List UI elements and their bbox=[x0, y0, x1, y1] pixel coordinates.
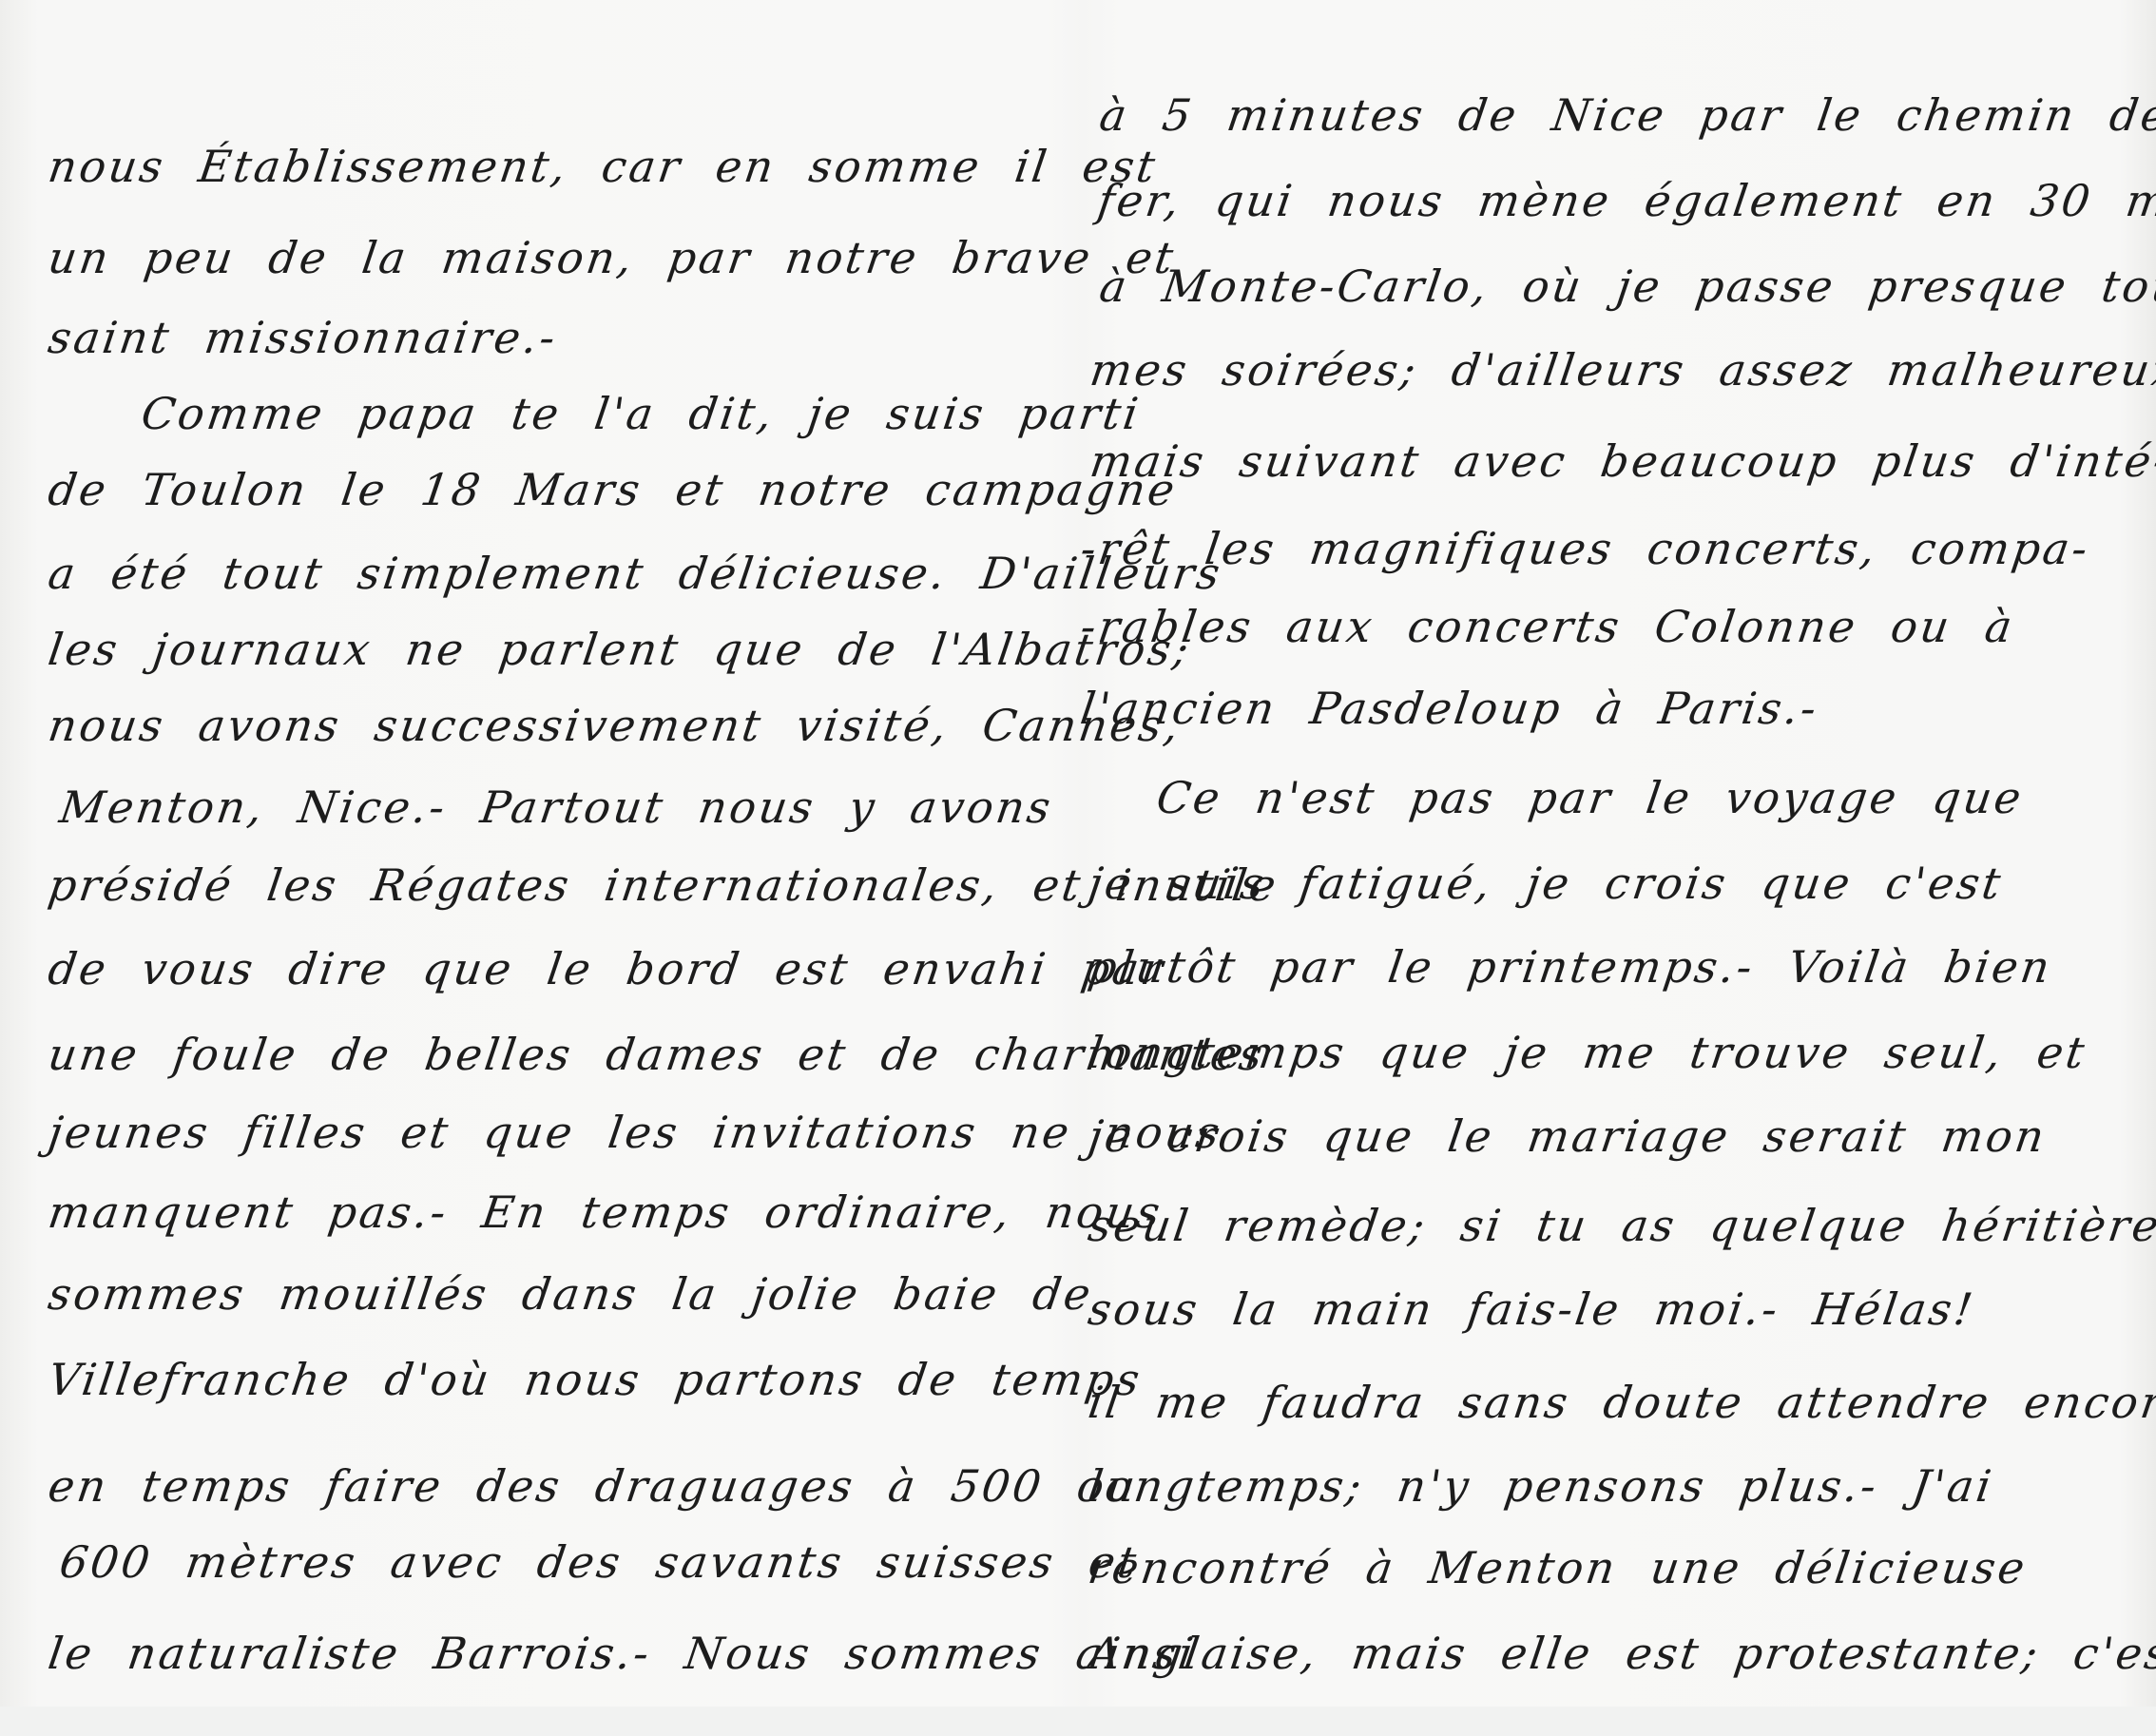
text-line: sommes mouillés dans la jolie baie de bbox=[46, 1272, 1096, 1316]
right-page: à 5 minutes de Nice par le chemin de fer… bbox=[1078, 0, 2156, 1736]
text-line: il me faudra sans doute attendre encore bbox=[1086, 1380, 2156, 1424]
text-line: Ce n'est pas par le voyage que bbox=[1154, 776, 2027, 820]
text-line: 600 mètres avec des savants suisses et bbox=[57, 1540, 1142, 1584]
text-line: plutôt par le printemps.- Voilà bien bbox=[1086, 945, 2055, 989]
text-line: les journaux ne parlent que de l'Albatro… bbox=[46, 627, 1194, 671]
text-line: à 5 minutes de Nice par le chemin de bbox=[1097, 93, 2156, 137]
text-line: a été tout simplement délicieuse. D'aill… bbox=[46, 551, 1225, 595]
text-line: -rêt les magnifiques concerts, compa- bbox=[1078, 527, 2092, 570]
text-line: saint missionnaire.- bbox=[46, 316, 561, 359]
text-line: sous la main fais-le moi.- Hélas! bbox=[1086, 1287, 1978, 1331]
text-line: en temps faire des draguages à 500 ou bbox=[46, 1464, 1141, 1508]
text-line: rencontré à Menton une délicieuse bbox=[1086, 1546, 2030, 1590]
text-line: -rables aux concerts Colonne ou à bbox=[1078, 605, 2017, 648]
text-line: fer, qui nous mène également en 30 minut… bbox=[1095, 179, 2156, 222]
text-line: je suis fatigué, je crois que c'est bbox=[1086, 861, 2006, 905]
text-line: je crois que le mariage serait mon bbox=[1086, 1114, 2050, 1158]
text-line: à Monte-Carlo, où je passe presque toute… bbox=[1097, 264, 2156, 308]
text-line: de Toulon le 18 Mars et notre campagne bbox=[46, 468, 1180, 511]
text-line: mes soirées; d'ailleurs assez malheureux… bbox=[1088, 348, 2156, 392]
text-line: l'ancien Pasdeloup à Paris.- bbox=[1078, 686, 1821, 730]
text-line: manquent pas.- En temps ordinaire, nous bbox=[46, 1190, 1165, 1234]
text-line: nous Établissement, car en somme il est bbox=[46, 145, 1161, 188]
text-line: mais suivant avec beaucoup plus d'inté- bbox=[1088, 439, 2156, 483]
text-line: de vous dire que le bord est envahi par bbox=[46, 947, 1168, 991]
text-line: Anglaise, mais elle est protestante; c'e… bbox=[1086, 1631, 2156, 1675]
text-line: longtemps; n'y pensons plus.- J'ai bbox=[1086, 1464, 1996, 1508]
scan-bottom-edge bbox=[0, 1707, 2156, 1736]
text-line: longtemps que je me trouve seul, et bbox=[1086, 1031, 2089, 1074]
left-page: nous Établissement, car en somme il est … bbox=[0, 0, 1078, 1736]
text-line: Menton, Nice.- Partout nous y avons bbox=[57, 785, 1056, 829]
text-line: Comme papa te l'a dit, je suis parti bbox=[139, 392, 1144, 435]
letter-spread: nous Établissement, car en somme il est … bbox=[0, 0, 2156, 1736]
text-line: Villefranche d'où nous partons de temps bbox=[46, 1358, 1145, 1401]
text-line: nous avons successivement visité, Cannes… bbox=[46, 704, 1184, 747]
text-line: le naturaliste Barrois.- Nous sommes ain… bbox=[46, 1631, 1199, 1675]
text-line: jeunes filles et que les invitations ne … bbox=[46, 1110, 1224, 1154]
text-line: seul remède; si tu as quelque héritière bbox=[1086, 1204, 2156, 1247]
text-line: un peu de la maison, par notre brave et bbox=[46, 236, 1179, 280]
